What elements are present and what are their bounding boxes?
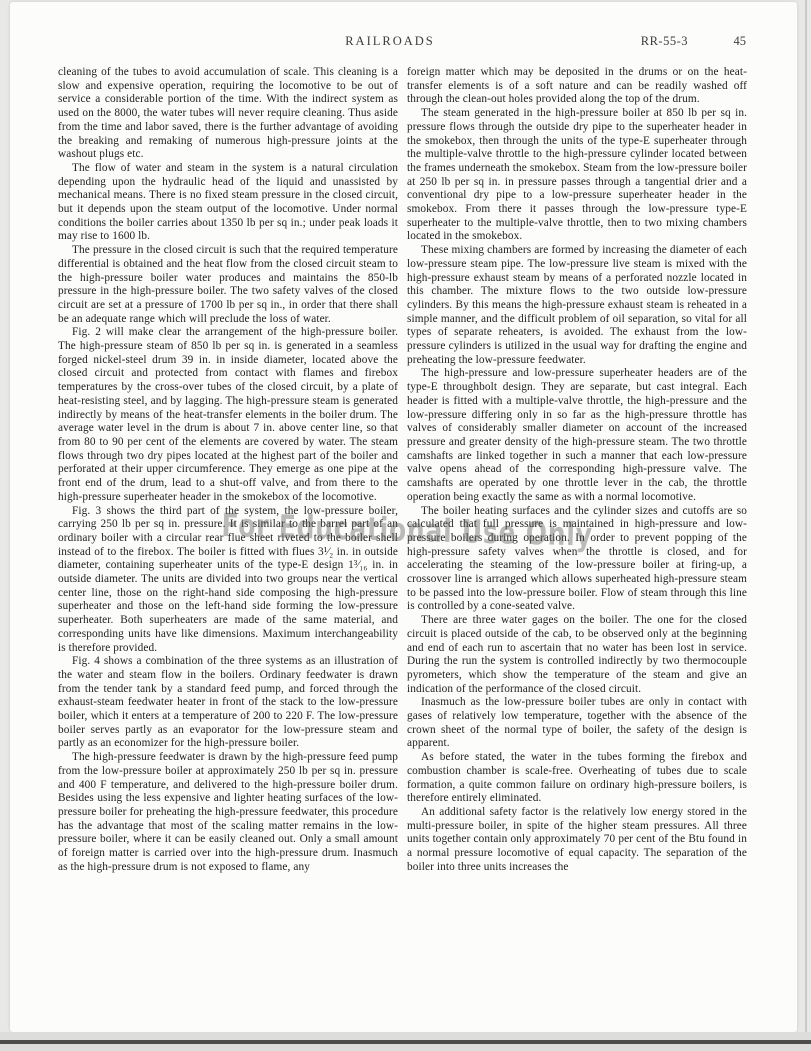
scan-right-edge [805,0,807,1040]
text-columns: cleaning of the tubes to avoid accumulat… [58,66,748,874]
paragraph: An additional safety factor is the relat… [407,806,747,875]
right-column: foreign matter which may be deposited in… [407,66,747,874]
paragraph: As before stated, the water in the tubes… [407,751,747,806]
left-column: cleaning of the tubes to avoid accumulat… [58,66,398,874]
paragraph: Fig. 2 will make clear the arrangement o… [58,326,398,504]
paragraph: The steam generated in the high-pressure… [407,107,747,244]
document-page: RAILROADS RR-55-3 45 cleaning of the tub… [10,2,797,1032]
paragraph: Fig. 4 shows a combination of the three … [58,655,398,751]
page-number: 45 [734,34,747,49]
paragraph: The high-pressure feedwater is drawn by … [58,751,398,874]
paragraph: The flow of water and steam in the syste… [58,162,398,244]
paragraph: cleaning of the tubes to avoid accumulat… [58,66,398,162]
paragraph: Inasmuch as the low-pressure boiler tube… [407,696,747,751]
scan-bottom-line [0,1040,811,1044]
paragraph: Fig. 3 shows the third part of the syste… [58,505,398,656]
paragraph: The boiler heating surfaces and the cyli… [407,505,747,615]
paragraph: foreign matter which may be deposited in… [407,66,747,107]
paragraph: These mixing chambers are formed by incr… [407,244,747,367]
document-code: RR-55-3 [641,34,688,49]
paragraph: The pressure in the closed circuit is su… [58,244,398,326]
running-title: RAILROADS [58,34,722,49]
paragraph: There are three water gages on the boile… [407,614,747,696]
page-header: RAILROADS RR-55-3 45 [58,34,746,52]
paragraph: The high-pressure and low-pressure super… [407,367,747,504]
